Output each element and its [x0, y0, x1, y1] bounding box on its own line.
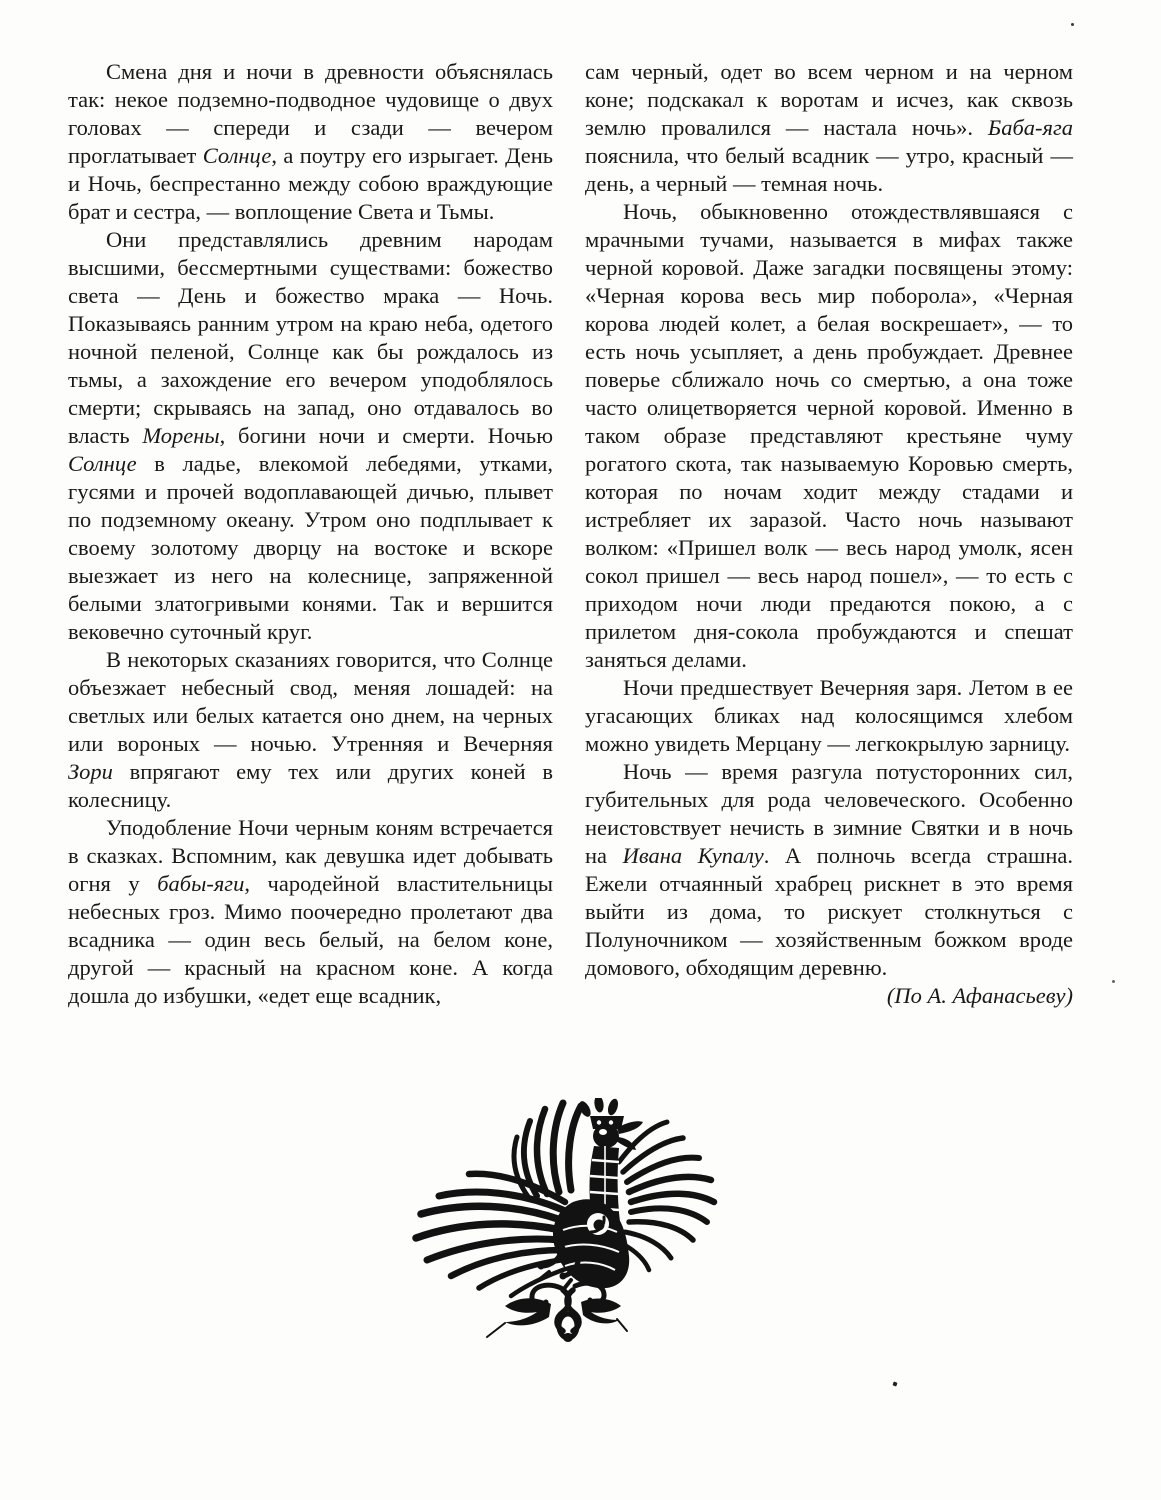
paragraph: Ночи предшествует Вечерняя заря. Летом в… — [585, 674, 1073, 758]
book-page: Смена дня и ночи в древности объяснялась… — [0, 0, 1161, 1500]
paragraph: Ночь — время разгула потусторонних сил, … — [585, 758, 1073, 982]
text-column-right: сам черный, одет во всем черном и на чер… — [585, 58, 1073, 1010]
scan-speck — [892, 1381, 897, 1386]
scan-speck — [1112, 980, 1115, 983]
paragraph: В некоторых сказаниях говорится, что Сол… — [68, 646, 553, 814]
scan-speck — [1071, 23, 1074, 26]
firebird-ornament-graphic — [412, 1098, 718, 1348]
paragraph: Ночь, обыкновенно отождествлявшаяся с мр… — [585, 198, 1073, 674]
paragraph: Смена дня и ночи в древности объяснялась… — [68, 58, 553, 226]
attribution: (По А. Афанасьеву) — [585, 982, 1073, 1010]
text-column-left: Смена дня и ночи в древности объяснялась… — [68, 58, 553, 1010]
firebird-ornament — [412, 1098, 718, 1348]
paragraph: Уподобление Ночи черным коням встречаетс… — [68, 814, 553, 1010]
paragraph: сам черный, одет во всем черном и на чер… — [585, 58, 1073, 198]
paragraph: Они представлялись древним народам высши… — [68, 226, 553, 646]
